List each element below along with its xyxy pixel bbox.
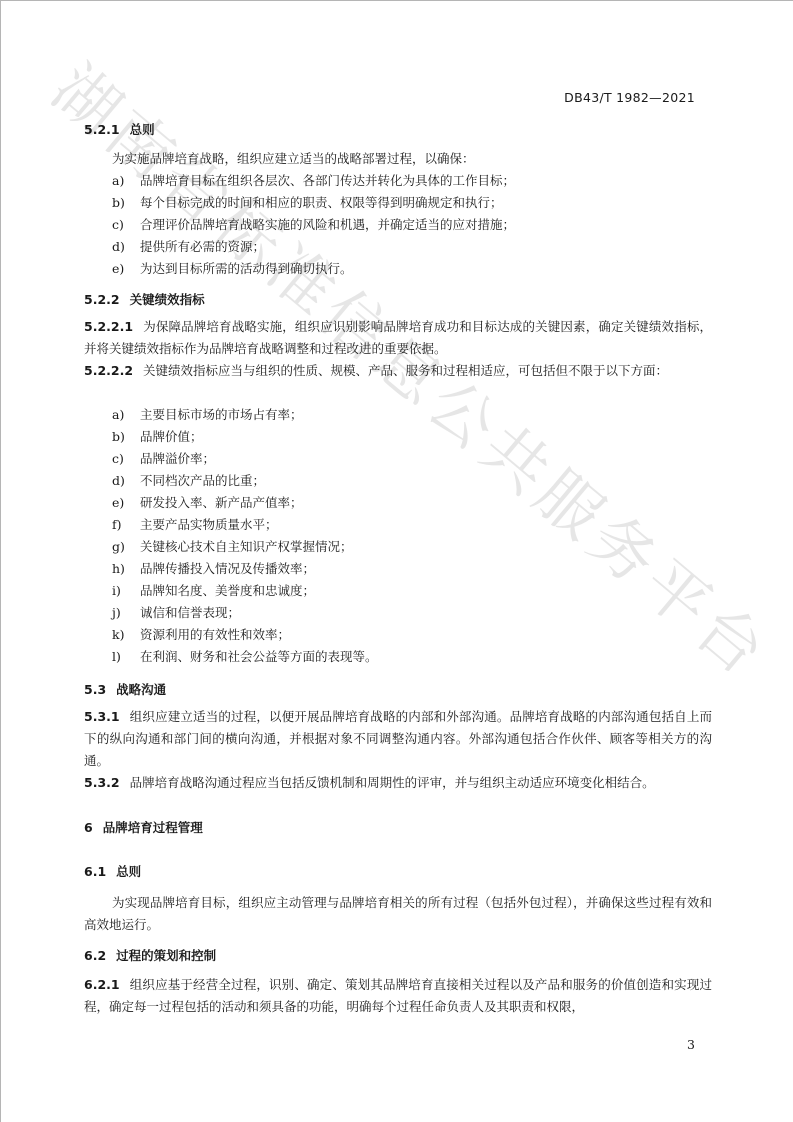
- list-item: b)每个目标完成的时间和相应的职责、权限等得到明确规定和执行；: [112, 192, 503, 214]
- list-item: l)在利润、财务和社会公益等方面的表现等。: [112, 646, 378, 668]
- standard-code: DB43/T 1982—2021: [564, 90, 695, 105]
- list-item: k)资源利用的有效性和效率；: [112, 624, 290, 646]
- list-item: c)品牌溢价率；: [112, 448, 215, 470]
- list-item: f)主要产品实物质量水平；: [112, 514, 278, 536]
- list-item: d)不同档次产品的比重；: [112, 470, 265, 492]
- list-item: b)品牌价值；: [112, 426, 203, 448]
- heading-5-3: 5.3战略沟通: [84, 680, 166, 698]
- list-item: a)主要目标市场的市场占有率；: [112, 404, 303, 426]
- heading-6-1: 6.1总则: [84, 862, 141, 880]
- heading-5-2-1: 5.2.1总则: [84, 120, 155, 138]
- paragraph-5-2-1-intro: 为实施品牌培育战略，组织应建立适当的战略部署过程，以确保：: [84, 148, 712, 170]
- list-item: c)合理评价品牌培育战略实施的风险和机遇，并确定适当的应对措施；: [112, 214, 515, 236]
- paragraph-5-2-2-2: 5.2.2.2关键绩效指标应当与组织的性质、规模、产品、服务和过程相适应，可包括…: [84, 360, 712, 382]
- list-item: d)提供所有必需的资源；: [112, 236, 265, 258]
- list-item: e)研发投入率、新产品产值率；: [112, 492, 303, 514]
- page-number: 3: [687, 1037, 695, 1052]
- paragraph-6-1: 为实现品牌培育目标，组织应主动管理与品牌培育相关的所有过程（包括外包过程），并确…: [84, 892, 712, 936]
- heading-6: 6品牌培育过程管理: [84, 818, 203, 836]
- list-item: a)品牌培育目标在组织各层次、各部门传达并转化为具体的工作目标；: [112, 170, 515, 192]
- paragraph-5-2-2-1: 5.2.2.1为保障品牌培育战略实施，组织应识别影响品牌培育成功和目标达成的关键…: [84, 316, 712, 360]
- paragraph-6-2-1: 6.2.1组织应基于经营全过程，识别、确定、策划其品牌培育直接相关过程以及产品和…: [84, 974, 712, 1018]
- list-item: j)诚信和信誉表现；: [112, 602, 240, 624]
- list-item: i)品牌知名度、美誉度和忠诚度；: [112, 580, 315, 602]
- list-item: g)关键核心技术自主知识产权掌握情况；: [112, 536, 353, 558]
- paragraph-5-3-2: 5.3.2品牌培育战略沟通过程应当包括反馈机制和周期性的评审，并与组织主动适应环…: [84, 772, 712, 794]
- list-item: h)品牌传播投入情况及传播效率；: [112, 558, 315, 580]
- heading-5-2-2: 5.2.2关键绩效指标: [84, 290, 205, 308]
- paragraph-5-3-1: 5.3.1组织应建立适当的过程，以便开展品牌培育战略的内部和外部沟通。品牌培育战…: [84, 706, 712, 772]
- list-item: e)为达到目标所需的活动得到确切执行。: [112, 258, 353, 280]
- heading-6-2: 6.2过程的策划和控制: [84, 946, 216, 964]
